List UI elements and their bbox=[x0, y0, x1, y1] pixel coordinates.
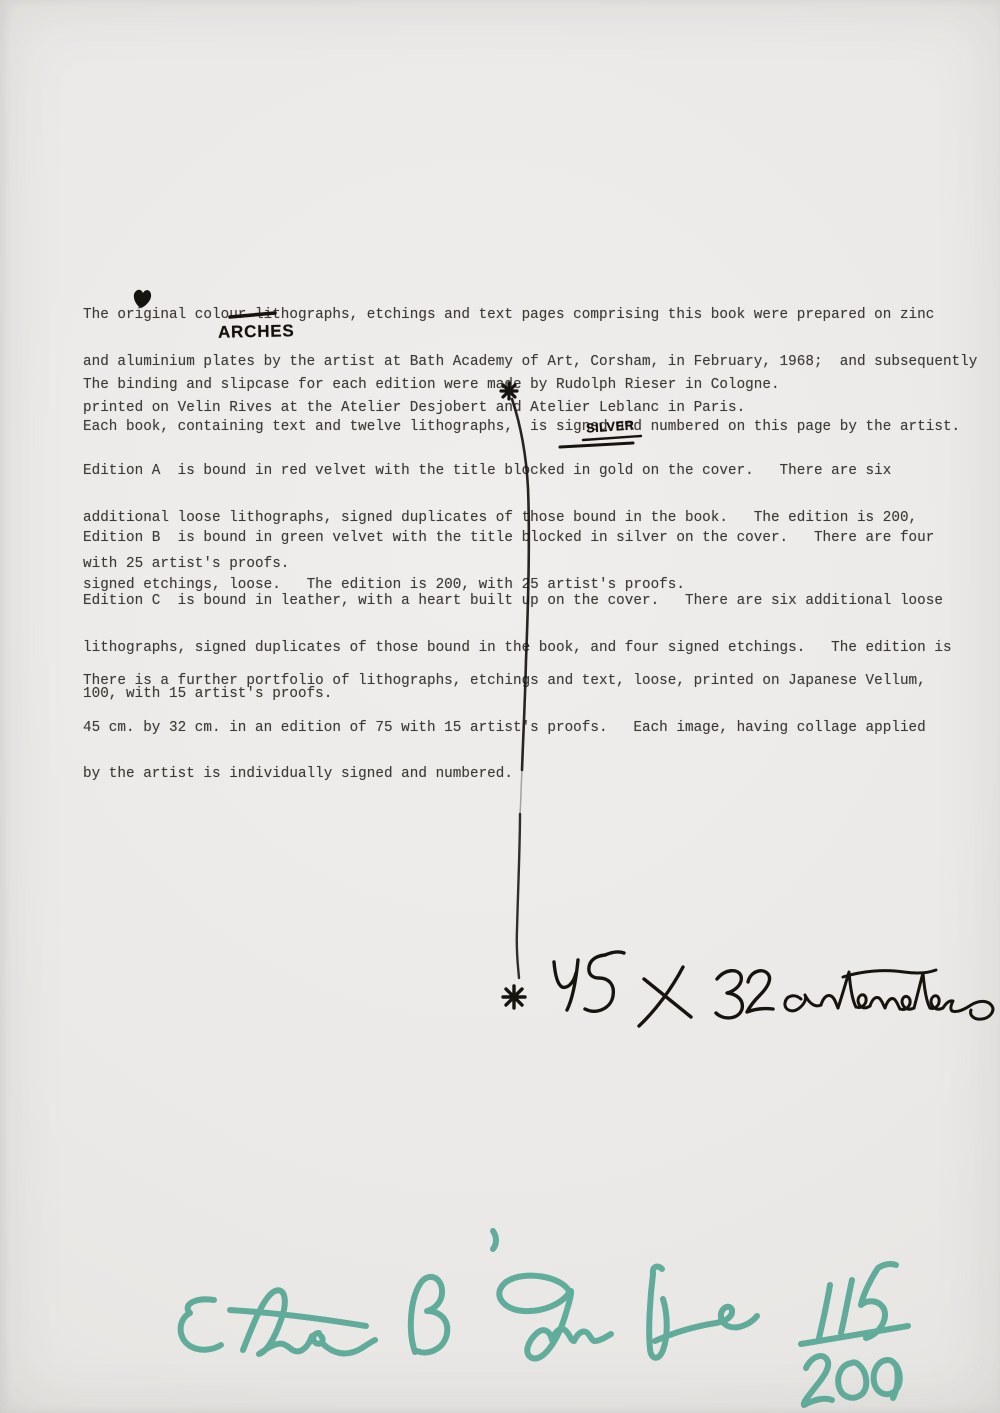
word-centimeters bbox=[785, 970, 993, 1019]
arches-handwritten-correction: ARCHES bbox=[218, 321, 295, 343]
digit-2 bbox=[747, 971, 773, 1012]
typed-line: 45 cm. by 32 cm. in an edition of 75 wit… bbox=[83, 721, 926, 737]
times-x bbox=[639, 967, 691, 1026]
typed-line: There is a further portfolio of lithogra… bbox=[83, 674, 926, 690]
typed-line: Edition B is bound in green velvet with … bbox=[83, 531, 934, 547]
scanned-colophon-page: The original colour lithographs, etching… bbox=[0, 0, 1000, 1413]
signature-handwriting bbox=[181, 1231, 908, 1405]
digit-5 bbox=[585, 952, 624, 1011]
asterisk-bottom-icon bbox=[503, 986, 525, 1008]
signature-strokes bbox=[493, 1231, 757, 1358]
typed-line: Edition C is bound in leather, with a he… bbox=[83, 594, 952, 610]
digit-4 bbox=[554, 960, 578, 1010]
digit-3 bbox=[716, 971, 742, 1018]
edition-number-handwriting bbox=[801, 1264, 908, 1405]
edition-b-scribble bbox=[181, 1277, 448, 1354]
typed-line: The original colour lithographs, etching… bbox=[83, 308, 977, 324]
size-note-handwriting bbox=[554, 952, 993, 1026]
typed-line: Edition A is bound in red velvet with th… bbox=[83, 464, 917, 480]
typed-line: by the artist is individually signed and… bbox=[83, 767, 926, 783]
paragraph-portfolio: There is a further portfolio of lithogra… bbox=[83, 643, 926, 814]
